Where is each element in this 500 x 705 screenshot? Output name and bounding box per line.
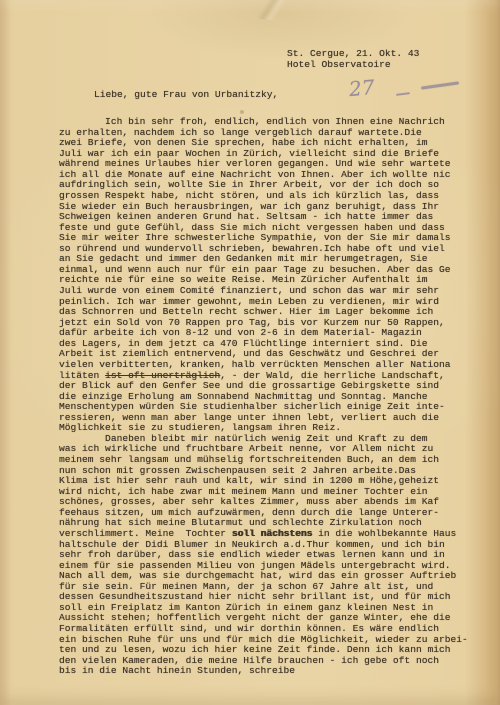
letter-line: Ich bin sehr froh, endlich, endlich von …	[59, 117, 468, 128]
letter-line: meinem sehr langsam und mühselig fortsch…	[59, 455, 468, 466]
place-date-line: St. Cergue, 21. Okt. 43	[287, 49, 419, 60]
handwritten-page-number: 27	[348, 75, 375, 101]
overstruck-phrase: soll nächstens	[232, 528, 313, 539]
handwritten-dash-mark	[421, 81, 459, 89]
letter-line: Juli wurde von einem Comité finanziert, …	[59, 286, 468, 297]
handwritten-dash-mark	[396, 92, 410, 96]
letter-line: grossen Respekt habe, nicht stören, und …	[59, 191, 468, 202]
letter-line: bis in die Nacht hinein Stunden, schreib…	[59, 666, 468, 677]
letter-heading: St. Cergue, 21. Okt. 43 Hotel Observatoi…	[287, 49, 419, 70]
letter-line: Formalitäten erfüllt sind, und wir dorth…	[59, 624, 468, 635]
letter-page: St. Cergue, 21. Okt. 43 Hotel Observatoi…	[0, 0, 500, 705]
struck-through-phrase: ist oft unerträglich	[105, 370, 220, 381]
salutation: Liebe, gute Frau von Urbanitzky,	[94, 90, 278, 101]
hotel-line: Hotel Observatoire	[287, 60, 419, 71]
paper-stain	[240, 110, 244, 114]
letter-line: verschlimmert. Meine Tochter soll nächst…	[59, 529, 468, 540]
letter-body: Ich bin sehr froh, endlich, endlich von …	[59, 117, 468, 677]
